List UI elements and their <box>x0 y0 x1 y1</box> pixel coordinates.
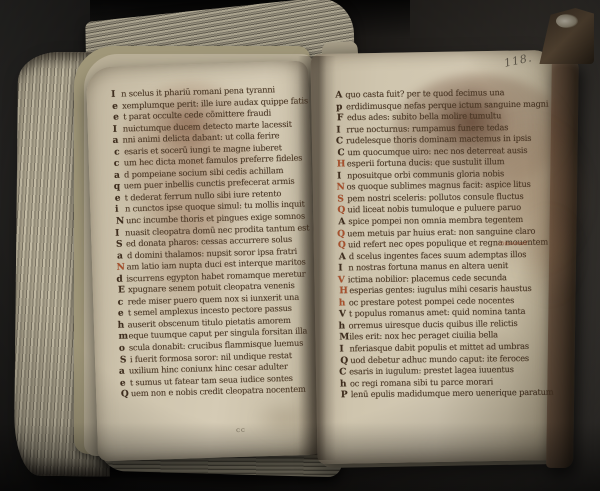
line-initial: e <box>112 101 122 111</box>
line-initial: c <box>118 297 128 307</box>
manuscript-line: Ad scelus ingentes faces suum ademptas i… <box>339 248 551 262</box>
left-page-text: In scelus it phariū romani pena tyrannie… <box>112 83 321 400</box>
rubric-initial: H <box>339 286 349 296</box>
rubric-initial: S <box>337 194 347 204</box>
line-initial: m <box>118 332 128 342</box>
line-initial: e <box>118 309 128 319</box>
line-initial: o <box>119 344 129 354</box>
line-initial: h <box>340 379 350 389</box>
line-initial: a <box>119 367 129 377</box>
line-text: spice pompei non omnia membra tegentem <box>348 214 523 226</box>
leather-cover-edge <box>546 58 579 468</box>
line-initial: V <box>339 310 349 320</box>
line-text: um quocumque uiro: nec nos deterreat aus… <box>347 145 527 157</box>
line-initial: I <box>338 264 348 274</box>
rubric-initial: N <box>117 263 127 273</box>
line-initial: a <box>117 251 127 261</box>
line-text: rudelesque thoris dominam mactemus in ip… <box>346 133 531 146</box>
catchword: cc <box>236 426 246 434</box>
line-initial: C <box>337 148 347 158</box>
line-initial: C <box>336 137 346 147</box>
line-text: orremus uiresque ducis quibus ille relic… <box>348 318 517 330</box>
rubric-initial: h <box>339 298 349 308</box>
line-text: os quoque sublimes magnus facit: aspice … <box>347 179 531 192</box>
line-initial: c <box>114 147 124 157</box>
manuscript-line: Cum quocumque uiro: nec nos deterreat au… <box>337 144 549 158</box>
line-text: rrue nocturnus: rumpamus funere tedas <box>346 122 508 134</box>
line-initial: C <box>339 367 349 377</box>
line-text: esaris in iugulum: prestet lagea iuuentu… <box>349 364 514 376</box>
rubric-initial: Q <box>337 206 347 216</box>
line-initial: A <box>339 252 349 262</box>
line-text: uid liceat nobis tumuloque e puluere par… <box>347 202 521 214</box>
rubric-initial: Q <box>337 229 347 239</box>
line-initial: N <box>116 216 126 226</box>
line-text: lenū epulis madidumque mero uenerique pa… <box>351 387 554 399</box>
cover-corner-highlight <box>556 14 578 28</box>
interlinear-gloss: cōmouend' <box>498 241 528 248</box>
line-initial: F <box>337 113 347 123</box>
line-initial: h <box>118 320 128 330</box>
line-text: nposuitque orbi communis gloria nobis <box>347 168 504 180</box>
rubric-initial: V <box>338 275 348 285</box>
rubric-initial: N <box>337 183 347 193</box>
line-initial: A <box>335 90 345 100</box>
line-initial: e <box>120 378 130 388</box>
line-initial: i <box>115 205 125 215</box>
line-initial: h <box>338 321 348 331</box>
line-initial: I <box>339 344 349 354</box>
line-initial: e <box>113 112 123 122</box>
line-initial: I <box>111 90 121 100</box>
line-initial: I <box>115 228 125 238</box>
line-initial: M <box>339 333 349 343</box>
line-initial: S <box>120 355 130 365</box>
line-initial: S <box>116 240 126 250</box>
line-initial: I <box>336 125 346 135</box>
rubric-initial: Q <box>338 240 348 250</box>
rubric-initial: H <box>337 160 347 170</box>
line-initial: E <box>118 286 128 296</box>
line-initial: e <box>115 193 125 203</box>
line-initial: P <box>341 390 351 400</box>
manuscript-photo: In scelus it phariū romani pena tyrannie… <box>0 0 600 491</box>
line-text: d scelus ingentes faces suum ademptas il… <box>349 249 527 261</box>
line-initial: c <box>114 159 124 169</box>
line-text: oc prestare potest pompei cede nocentes <box>349 295 514 307</box>
line-initial: d <box>116 274 126 284</box>
line-text: ictima nobilior: placemus cede secunda <box>348 272 507 284</box>
line-text: nferiasque dabit populis et mittet ad um… <box>349 341 529 354</box>
line-initial: p <box>336 102 346 112</box>
line-initial: a <box>114 170 124 180</box>
line-text: uod debetur adhuc mundo caput: ite feroc… <box>350 353 529 365</box>
line-initial: I <box>113 124 123 134</box>
line-text: iles erit: nox hec peraget ciuilia bella <box>349 330 498 342</box>
line-text: edus ades: subito bella molire tumultu <box>347 110 501 122</box>
line-text: t populus romanus amet: quid nomina tant… <box>349 306 526 318</box>
line-text: uem metuis par huius erat: non sanguine … <box>347 225 535 238</box>
line-initial: q <box>114 182 124 192</box>
line-initial: A <box>338 217 348 227</box>
line-text: quo casta fuit? per te quod fecimus una <box>345 87 504 99</box>
line-text: oc regi romana sibi tu parce morari <box>350 376 493 388</box>
line-initial: I <box>337 171 347 181</box>
line-text: esperias gentes: iugulus mihi cesaris ha… <box>349 283 531 295</box>
line-initial: Q <box>121 389 131 399</box>
line-initial: Q <box>340 356 350 366</box>
line-initial: a <box>112 136 122 146</box>
